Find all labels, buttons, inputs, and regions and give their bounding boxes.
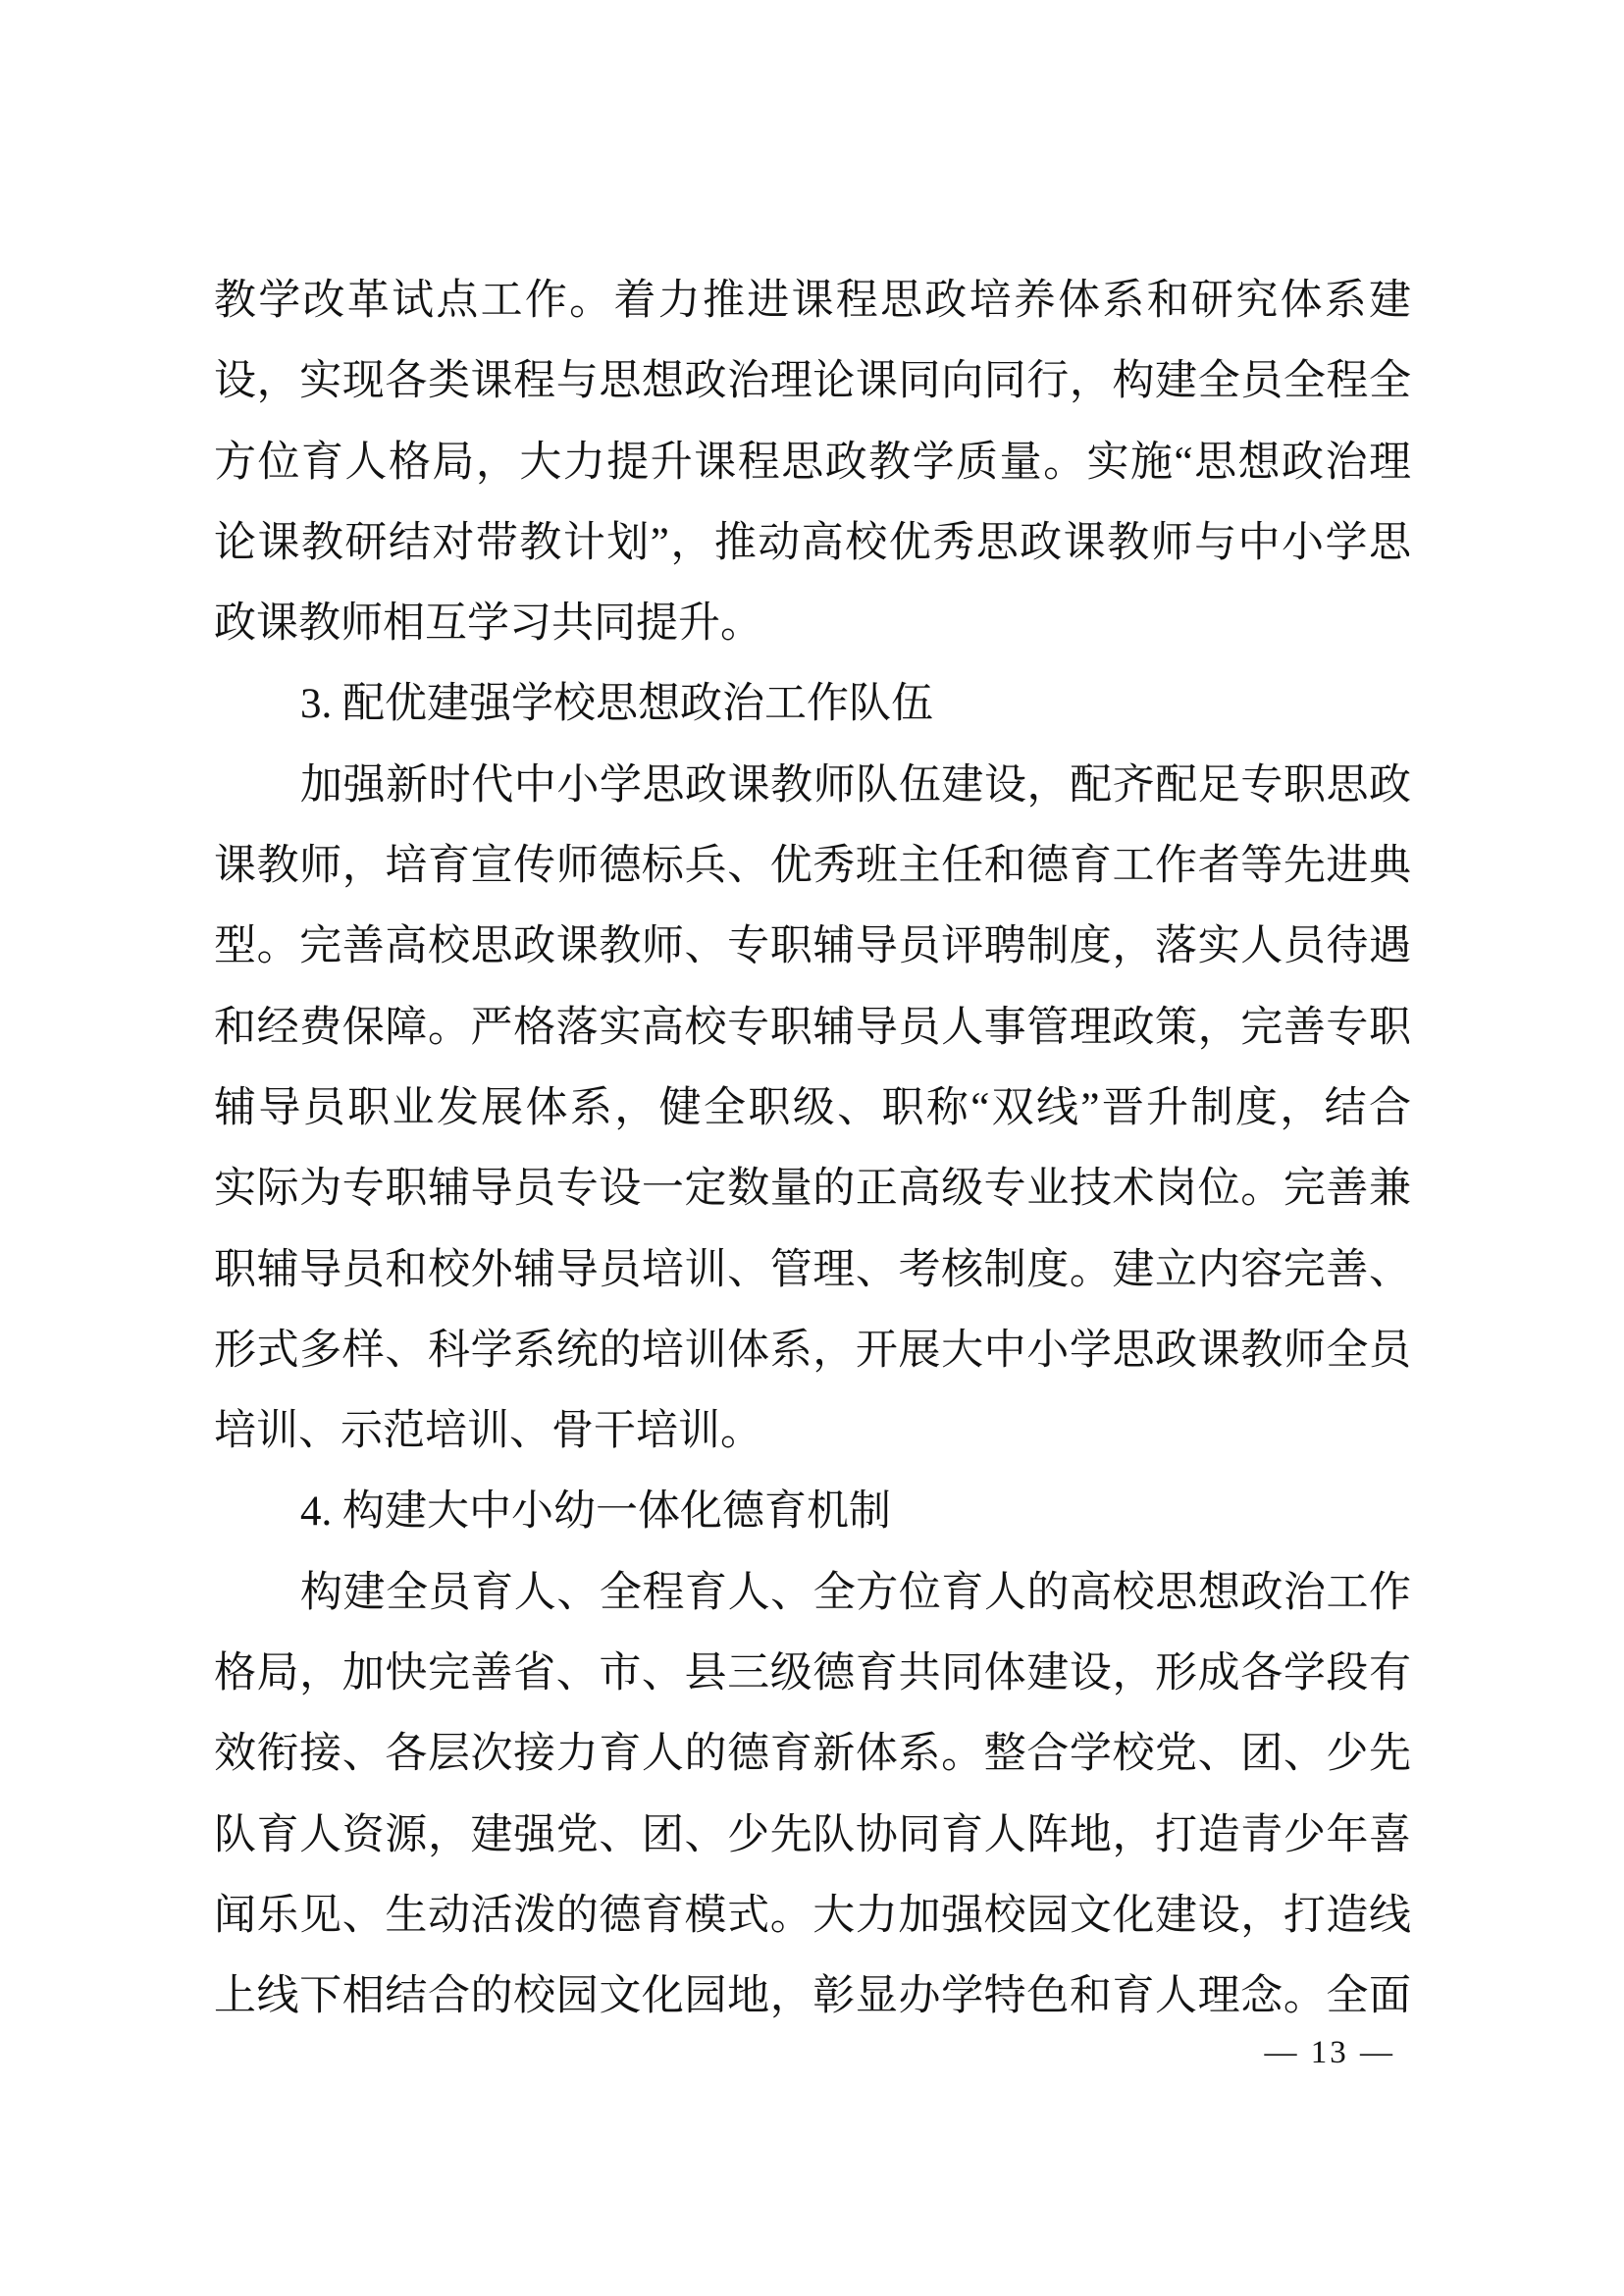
text-line: 型。完善高校思政课教师、专职辅导员评聘制度，落实人员待遇	[214, 907, 1411, 987]
page-number: — 13 —	[1265, 2031, 1396, 2074]
text-line: 和经费保障。严格落实高校专职辅导员人事管理政策，完善专职	[214, 988, 1411, 1069]
text-line: 职辅导员和校外辅导员培训、管理、考核制度。建立内容完善、	[214, 1230, 1411, 1311]
text-line: 格局，加快完善省、市、县三级德育共同体建设，形成各学段有	[214, 1634, 1411, 1714]
text-line: 上线下相结合的校园文化园地，彰显办学特色和育人理念。全面	[214, 1957, 1411, 2037]
section-4-heading: 4. 构建大中小幼一体化德育机制	[214, 1472, 1411, 1552]
text-line: 培训、示范培训、骨干培训。	[214, 1391, 1411, 1472]
text-line: 设，实现各类课程与思想政治理论课同向同行，构建全员全程全	[214, 341, 1411, 422]
text-line: 队育人资源，建强党、团、少先队协同育人阵地，打造青少年喜	[214, 1796, 1411, 1876]
text-line: 课教师，培育宣传师德标兵、优秀班主任和德育工作者等先进典	[214, 826, 1411, 907]
text-line: 政课教师相互学习共同提升。	[214, 584, 1411, 664]
text-line: 效衔接、各层次接力育人的德育新体系。整合学校党、团、少先	[214, 1714, 1411, 1795]
section-3-heading: 3. 配优建强学校思想政治工作队伍	[214, 664, 1411, 745]
text-line: 加强新时代中小学思政课教师队伍建设，配齐配足专职思政	[214, 746, 1411, 826]
text-line: 实际为专职辅导员专设一定数量的正高级专业技术岗位。完善兼	[214, 1149, 1411, 1229]
text-line: 闻乐见、生动活泼的德育模式。大力加强校园文化建设，打造线	[214, 1876, 1411, 1957]
text-line: 形式多样、科学系统的培训体系，开展大中小学思政课教师全员	[214, 1311, 1411, 1391]
text-line: 方位育人格局，大力提升课程思政教学质量。实施“思想政治理	[214, 423, 1411, 503]
text-line: 教学改革试点工作。着力推进课程思政培养体系和研究体系建	[214, 261, 1411, 341]
text-line: 辅导员职业发展体系，健全职级、职称“双线”晋升制度，结合	[214, 1069, 1411, 1149]
text-line: 论课教研结对带教计划”，推动高校优秀思政课教师与中小学思	[214, 503, 1411, 584]
document-page: 教学改革试点工作。着力推进课程思政培养体系和研究体系建 设，实现各类课程与思想政…	[0, 0, 1624, 2296]
document-body: 教学改革试点工作。着力推进课程思政培养体系和研究体系建 设，实现各类课程与思想政…	[214, 261, 1411, 2038]
text-line: 构建全员育人、全程育人、全方位育人的高校思想政治工作	[214, 1553, 1411, 1634]
